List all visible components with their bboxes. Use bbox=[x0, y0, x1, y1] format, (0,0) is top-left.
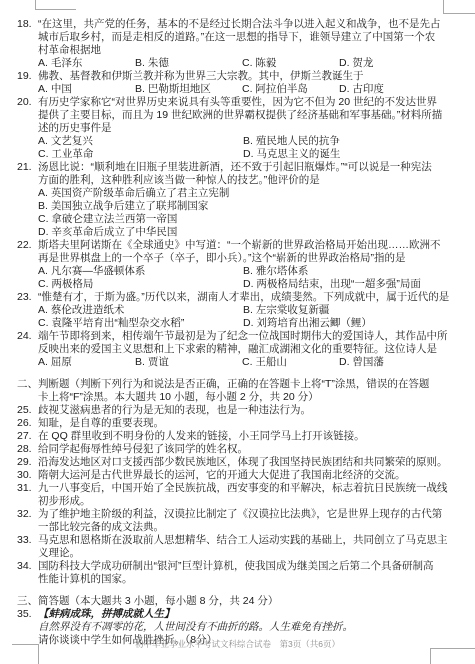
question-stem-line: 述的历史事件是 bbox=[17, 122, 461, 135]
question-stem-line: 自然界没有不凋零的花，人世间没有不曲折的路。人生难免有挫折。 bbox=[17, 621, 461, 634]
question-24: 24.端午节即将到来，相传端午节最初是为了纪念一位战国时期伟大的爱国诗人，其作品… bbox=[17, 330, 461, 369]
question-text: 国防科技大学成功研制出“银河”巨型计算机，使我国成为继美国之后第二个具备研制高 bbox=[38, 560, 434, 572]
options-row: A. 文艺复兴 B. 殖民地人民的抗争 bbox=[17, 135, 461, 148]
question-number: 35. bbox=[17, 608, 38, 621]
options-row: C. 工业革命 D. 马克思主义的诞生 bbox=[17, 148, 461, 161]
question-text: 知耻，是自尊的重要表现。 bbox=[38, 417, 164, 429]
question-number: 26. bbox=[17, 417, 38, 430]
question-number: 32. bbox=[17, 508, 38, 521]
option-c: C. 陈毅 bbox=[242, 57, 339, 70]
section-number: 三、 bbox=[17, 595, 38, 608]
option-d: D. 曾国藩 bbox=[339, 356, 461, 369]
question-stem-line: 23.“惟楚有才，于斯为盛。”历代以来，湖南人才辈出，成绩斐然。下列成就中，属于… bbox=[17, 291, 461, 304]
option-b: B. 美国独立战争后建立了联邦制国家 bbox=[17, 200, 461, 213]
question-stem-line: 34.国防科技大学成功研制出“银河”巨型计算机，使我国成为继美国之后第二个具备研… bbox=[17, 560, 461, 573]
question-stem-line: 31.九一八事变后，中国开始了全民族抗战，西安事变的和平解决，标志着抗日民族统一… bbox=[17, 482, 461, 495]
option-b: B. 巴勒斯坦地区 bbox=[135, 83, 242, 96]
question-21: 21.汤恩比说：“顺利地在旧瓶子里装进新酒，还不致于引起旧瓶爆炸。”“可以说是一… bbox=[17, 161, 461, 239]
crop-mark-top-left bbox=[35, 0, 76, 10]
question-stem-line: 25.歧视艾滋病患者的行为是无知的表现，也是一种违法行为。 bbox=[17, 404, 461, 417]
question-29: 29.沿海发达地区对口支援西部少数民族地区，体现了我国坚持民族团结和共同繁荣的原… bbox=[17, 456, 461, 469]
question-28: 28.给同学起侮辱性绰号侵犯了该同学的姓名权。 bbox=[17, 443, 461, 456]
question-number: 28. bbox=[17, 443, 38, 456]
option-b: B. 殖民地人民的抗争 bbox=[243, 135, 461, 148]
section-number: 二、 bbox=[17, 378, 38, 391]
exam-content: 18.“在这里，共产党的任务，基本的不是经过长期合法斗争以进入起义和战争，也不是… bbox=[17, 18, 461, 647]
question-text: 在 QQ 群里收到不明身份的人发来的链接，小王同学马上打开该链接。 bbox=[38, 430, 365, 442]
question-number: 31. bbox=[17, 482, 38, 495]
question-text: 汤恩比说：“顺利地在旧瓶子里装进新酒，还不致于引起旧瓶爆炸。”“可以说是一种宪法 bbox=[38, 161, 432, 173]
question-title-line: 35.【蚌病成珠，拼搏成就人生】 bbox=[17, 608, 461, 621]
question-stem-line: 方面的胜利，这种胜利应该当做一种惊人的技艺。”他评价的是 bbox=[17, 174, 461, 187]
page-footer: 初中毕业学业水平考试文科综合试卷 第3页（共6页） bbox=[0, 638, 475, 651]
option-a: A. 文艺复兴 bbox=[38, 135, 243, 148]
options-row: A. 中国 B. 巴勒斯坦地区 C. 阿拉伯半岛 D. 古印度 bbox=[17, 83, 461, 96]
question-30: 30.隋朝大运河是古代世界最长的运河，它的开通大大促进了我国南北经济的交流。 bbox=[17, 469, 461, 482]
question-33: 33.马克思和恩格斯在汲取前人思想精华、结合工人运动实践的基础上，共同创立了马克… bbox=[17, 534, 461, 560]
question-title: 【蚌病成珠，拼搏成就人生】 bbox=[38, 608, 175, 620]
option-a: A. 毛泽东 bbox=[38, 57, 135, 70]
question-text: 歧视艾滋病患者的行为是无知的表现，也是一种违法行为。 bbox=[38, 404, 311, 416]
question-stem-line: 27.在 QQ 群里收到不明身份的人发来的链接，小王同学马上打开该链接。 bbox=[17, 430, 461, 443]
question-stem-line: 33.马克思和恩格斯在汲取前人思想精华、结合工人运动实践的基础上，共同创立了马克… bbox=[17, 534, 461, 547]
question-26: 26.知耻，是自尊的重要表现。 bbox=[17, 417, 461, 430]
question-stem-line: 22.斯塔夫里阿诺斯在《全球通史》中写道：“一个崭新的世界政治格局开始出现……欧… bbox=[17, 239, 461, 252]
question-text: “在这里，共产党的任务，基本的不是经过长期合法斗争以进入起义和战争，也不是先占 bbox=[38, 18, 441, 30]
question-stem-line: 初步形成。 bbox=[17, 495, 461, 508]
question-stem-line: 26.知耻，是自尊的重要表现。 bbox=[17, 417, 461, 430]
question-stem-line: 19.佛教、基督教和伊斯兰教并称为世界三大宗教。其中，伊斯兰教诞生于 bbox=[17, 70, 461, 83]
option-c: C. 拿破仑建立法兰西第一帝国 bbox=[17, 213, 461, 226]
options-row: A. 毛泽东 B. 朱德 C. 陈毅 D. 贺龙 bbox=[17, 57, 461, 70]
question-text: 沿海发达地区对口支援西部少数民族地区，体现了我国坚持民族团结和共同繁荣的原则。 bbox=[38, 456, 448, 468]
question-stem-line: 24.端午节即将到来，相传端午节最初是为了纪念一位战国时期伟大的爱国诗人，其作品… bbox=[17, 330, 461, 343]
question-stem-line: 反映出来的爱国主义思想和上下求索的精神，融汇成湖湘文化的重要特征。这位诗人是 bbox=[17, 343, 461, 356]
option-d: D. 两极格局结束，出现“一超多强”局面 bbox=[243, 278, 461, 291]
question-number: 27. bbox=[17, 430, 38, 443]
question-number: 24. bbox=[17, 330, 38, 343]
options-row: C. 袁隆平培育出“籼型杂交水稻” D. 刘筠培育出湘云鲫（鲤） bbox=[17, 317, 461, 330]
question-31: 31.九一八事变后，中国开始了全民族抗战，西安事变的和平解决，标志着抗日民族统一… bbox=[17, 482, 461, 508]
option-c: C. 两极格局 bbox=[38, 278, 243, 291]
section-heading-short-answer: 三、简答题（本大题共 3 小题，每小题 8 分，共 24 分） bbox=[17, 595, 461, 608]
options-row: A. 蔡伦改进造纸术 B. 左宗棠收复新疆 bbox=[17, 304, 461, 317]
question-text: 为了维护地主阶级的利益，汉谟拉比制定了《汉谟拉比法典》，它是世界上现存的古代第 bbox=[38, 508, 442, 520]
question-text: “惟楚有才，于斯为盛。”历代以来，湖南人才辈出，成绩斐然。下列成就中，属于近代的… bbox=[38, 291, 449, 303]
option-a: A. 凡尔赛—华盛顿体系 bbox=[38, 265, 243, 278]
question-27: 27.在 QQ 群里收到不明身份的人发来的链接，小王同学马上打开该链接。 bbox=[17, 430, 461, 443]
question-number: 19. bbox=[17, 70, 38, 83]
option-b: B. 左宗棠收复新疆 bbox=[243, 304, 461, 317]
question-34: 34.国防科技大学成功研制出“银河”巨型计算机，使我国成为继美国之后第二个具备研… bbox=[17, 560, 461, 586]
question-number: 33. bbox=[17, 534, 38, 547]
option-a: A. 中国 bbox=[38, 83, 135, 96]
question-number: 20. bbox=[17, 96, 38, 109]
question-stem-line: 一部比较完备的成文法典。 bbox=[17, 521, 461, 534]
section-heading-text: 判断题（判断下列行为和说法是否正确，正确的在答题卡上将“T”涂黑，错误的在答题 bbox=[38, 378, 429, 390]
question-stem-line: 30.隋朝大运河是古代世界最长的运河，它的开通大大促进了我国南北经济的交流。 bbox=[17, 469, 461, 482]
question-stem-line: 义理论。 bbox=[17, 547, 461, 560]
question-text: 九一八事变后，中国开始了全民族抗战，西安事变的和平解决，标志着抗日民族统一战线 bbox=[38, 482, 448, 494]
question-18: 18.“在这里，共产党的任务，基本的不是经过长期合法斗争以进入起义和战争，也不是… bbox=[17, 18, 461, 70]
options-row: A. 屈原 B. 贾谊 C. 王船山 D. 曾国藩 bbox=[17, 356, 461, 369]
question-stem-line: 21.汤恩比说：“顺利地在旧瓶子里装进新酒，还不致于引起旧瓶爆炸。”“可以说是一… bbox=[17, 161, 461, 174]
question-23: 23.“惟楚有才，于斯为盛。”历代以来，湖南人才辈出，成绩斐然。下列成就中，属于… bbox=[17, 291, 461, 330]
question-stem-line: 村革命根据地 bbox=[17, 44, 461, 57]
question-25: 25.歧视艾滋病患者的行为是无知的表现，也是一种违法行为。 bbox=[17, 404, 461, 417]
option-d: D. 刘筠培育出湘云鲫（鲤） bbox=[243, 317, 461, 330]
crop-mark-top-right bbox=[443, 0, 475, 14]
exam-paper-page: 18.“在这里，共产党的任务，基本的不是经过长期合法斗争以进入起义和战争，也不是… bbox=[0, 0, 475, 664]
option-d: D. 马克思主义的诞生 bbox=[243, 148, 461, 161]
option-d: D. 古印度 bbox=[339, 83, 461, 96]
question-stem-line: 城市后取乡村，而是走相反的道路。”在这一思想的指导下，谁领导建立了中国第一个农 bbox=[17, 31, 461, 44]
question-text: 隋朝大运河是古代世界最长的运河，它的开通大大促进了我国南北经济的交流。 bbox=[38, 469, 406, 481]
option-d: D. 贺龙 bbox=[339, 57, 461, 70]
options-row: A. 凡尔赛—华盛顿体系 B. 雅尔塔体系 bbox=[17, 265, 461, 278]
question-text: 端午节即将到来，相传端午节最初是为了纪念一位战国时期伟大的爱国诗人，其作品中所 bbox=[38, 330, 448, 342]
option-c: C. 王船山 bbox=[242, 356, 339, 369]
question-number: 30. bbox=[17, 469, 38, 482]
option-c: C. 袁隆平培育出“籼型杂交水稻” bbox=[38, 317, 243, 330]
question-number: 18. bbox=[17, 18, 38, 31]
option-b: B. 贾谊 bbox=[135, 356, 242, 369]
section-heading-line: 二、判断题（判断下列行为和说法是否正确，正确的在答题卡上将“T”涂黑，错误的在答… bbox=[17, 378, 461, 391]
question-19: 19.佛教、基督教和伊斯兰教并称为世界三大宗教。其中，伊斯兰教诞生于 A. 中国… bbox=[17, 70, 461, 96]
section-heading-text: 简答题（本大题共 3 小题，每小题 8 分，共 24 分） bbox=[38, 595, 278, 607]
question-stem-line: 20.有历史学家称它“对世界历史来说具有头等重要性，因为它不但为 20 世纪的不… bbox=[17, 96, 461, 109]
question-text: 斯塔夫里阿诺斯在《全球通史》中写道：“一个崭新的世界政治格局开始出现……欧洲不 bbox=[38, 239, 441, 251]
option-b: B. 朱德 bbox=[135, 57, 242, 70]
section-heading-judgment: 二、判断题（判断下列行为和说法是否正确，正确的在答题卡上将“T”涂黑，错误的在答… bbox=[17, 378, 461, 404]
question-number: 29. bbox=[17, 456, 38, 469]
section-heading-line: 卡上将“F”涂黑。本大题共 10 小题，每小题 2 分，共 20 分） bbox=[17, 391, 461, 404]
question-stem-line: 32.为了维护地主阶级的利益，汉谟拉比制定了《汉谟拉比法典》，它是世界上现存的古… bbox=[17, 508, 461, 521]
question-stem-line: 28.给同学起侮辱性绰号侵犯了该同学的姓名权。 bbox=[17, 443, 461, 456]
question-20: 20.有历史学家称它“对世界历史来说具有头等重要性，因为它不但为 20 世纪的不… bbox=[17, 96, 461, 161]
question-text: 给同学起侮辱性绰号侵犯了该同学的姓名权。 bbox=[38, 443, 248, 455]
question-number: 22. bbox=[17, 239, 38, 252]
question-stem-line: 性能计算机的国家。 bbox=[17, 573, 461, 586]
option-c: C. 工业革命 bbox=[38, 148, 243, 161]
question-number: 34. bbox=[17, 560, 38, 573]
question-32: 32.为了维护地主阶级的利益，汉谟拉比制定了《汉谟拉比法典》，它是世界上现存的古… bbox=[17, 508, 461, 534]
question-number: 25. bbox=[17, 404, 38, 417]
question-stem-line: 18.“在这里，共产党的任务，基本的不是经过长期合法斗争以进入起义和战争，也不是… bbox=[17, 18, 461, 31]
question-number: 23. bbox=[17, 291, 38, 304]
option-d: D. 辛亥革命后成立了中华民国 bbox=[17, 226, 461, 239]
question-text: 马克思和恩格斯在汲取前人思想精华、结合工人运动实践的基础上，共同创立了马克思主 bbox=[38, 534, 448, 546]
section-heading-line: 三、简答题（本大题共 3 小题，每小题 8 分，共 24 分） bbox=[17, 595, 461, 608]
question-stem-line: 再是世界棋盘上的一个卒子（卒子，即小兵）。”这个“崭新的世界政治格局”指的是 bbox=[17, 252, 461, 265]
question-22: 22.斯塔夫里阿诺斯在《全球通史》中写道：“一个崭新的世界政治格局开始出现……欧… bbox=[17, 239, 461, 291]
options-row: C. 两极格局 D. 两极格局结束，出现“一超多强”局面 bbox=[17, 278, 461, 291]
option-c: C. 阿拉伯半岛 bbox=[242, 83, 339, 96]
option-a: A. 屈原 bbox=[38, 356, 135, 369]
question-text: 佛教、基督教和伊斯兰教并称为世界三大宗教。其中，伊斯兰教诞生于 bbox=[38, 70, 364, 82]
question-stem-line: 提供了主要目标，而且为 19 世纪欧洲的世界霸权提供了经济基础和军事基础。”材料… bbox=[17, 109, 461, 122]
question-number: 21. bbox=[17, 161, 38, 174]
question-stem-line: 29.沿海发达地区对口支援西部少数民族地区，体现了我国坚持民族团结和共同繁荣的原… bbox=[17, 456, 461, 469]
question-text: 有历史学家称它“对世界历史来说具有头等重要性，因为它不但为 20 世纪的不发达世… bbox=[38, 96, 437, 108]
option-a: A. 英国资产阶级革命后确立了君主立宪制 bbox=[17, 187, 461, 200]
option-b: B. 雅尔塔体系 bbox=[243, 265, 461, 278]
option-a: A. 蔡伦改进造纸术 bbox=[38, 304, 243, 317]
